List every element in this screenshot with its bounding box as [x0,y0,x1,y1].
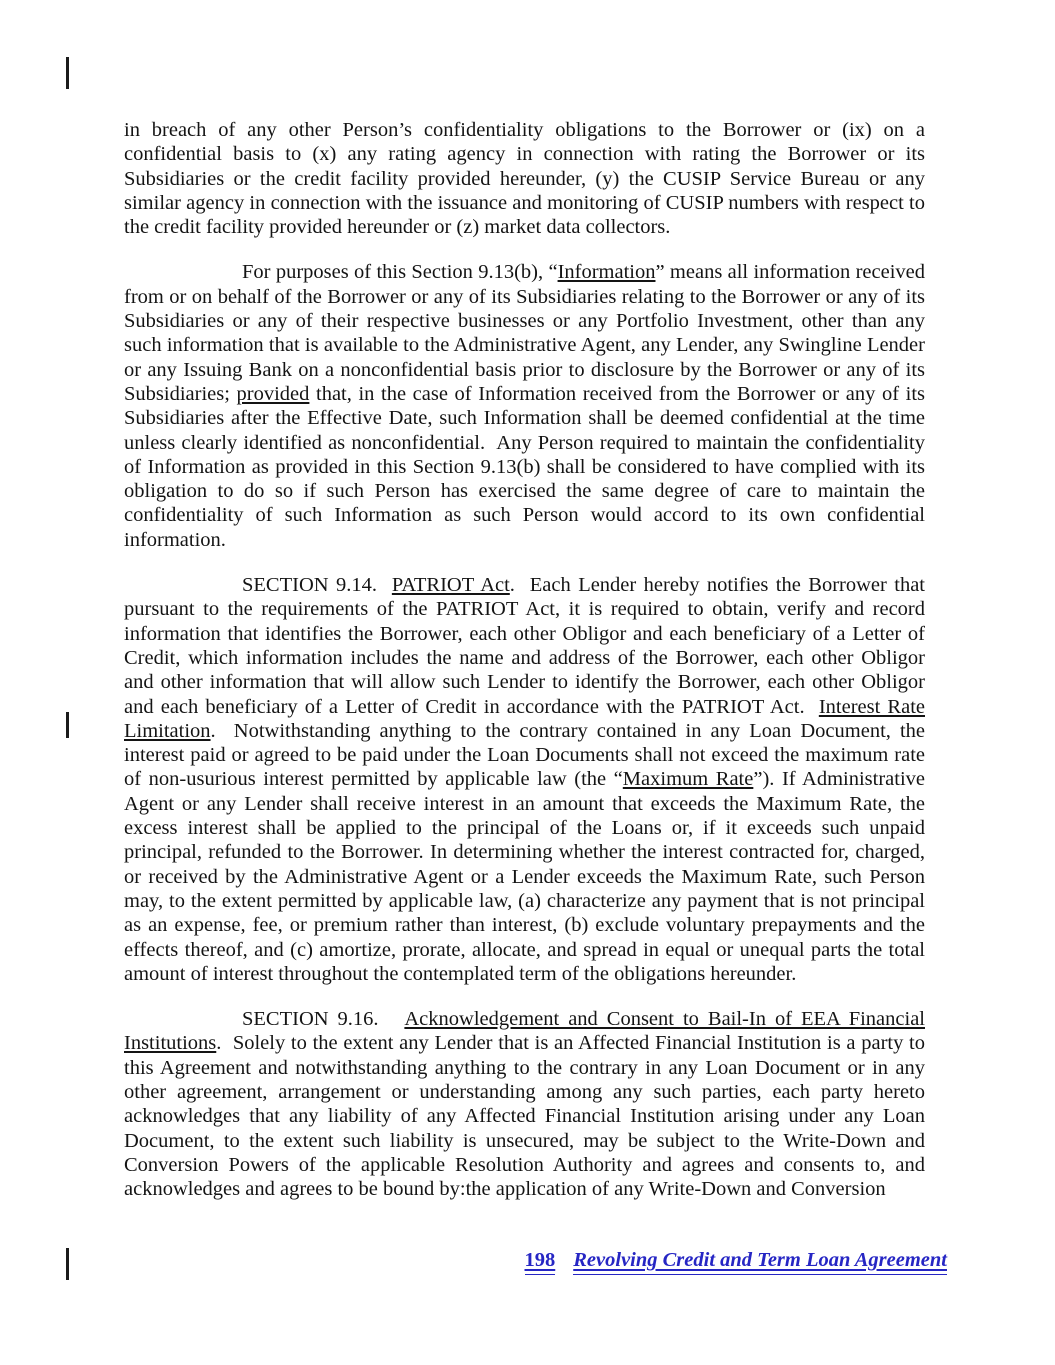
footer-doc-title: Revolving Credit and Term Loan Agreement [573,1249,947,1275]
text-run: SECTION 9.14. [242,574,392,596]
underlined-term: PATRIOT Act [392,574,510,596]
paragraph-confidentiality-continuation: in breach of any other Person’s confiden… [124,118,925,239]
text-run: For purposes of this Section 9.13(b), “ [242,261,558,283]
underlined-term: Information [558,261,656,283]
text-run: ”). If Administrative Agent or any Lende… [124,768,925,984]
text-run: SECTION 9.16. [242,1008,404,1030]
revision-change-bar [66,712,69,738]
text-run: that, in the case of Information receive… [124,383,925,551]
revision-change-bar [66,57,69,89]
paragraph-section-9-16-bail-in: SECTION 9.16. Acknowledgement and Consen… [124,1007,925,1201]
underlined-term: Maximum Rate [623,768,754,790]
paragraph-section-9-14-patriot-act: SECTION 9.14. PATRIOT Act. Each Lender h… [124,573,925,986]
page-number: 198 [525,1249,556,1275]
page-footer: 198Revolving Credit and Term Loan Agreem… [525,1249,948,1275]
text-run: in breach of any other Person’s confiden… [124,119,925,238]
revision-change-bar [66,1248,69,1280]
underlined-term: provided [237,383,310,405]
paragraph-information-definition: For purposes of this Section 9.13(b), “I… [124,260,925,552]
text-run: . Solely to the extent any Lender that i… [124,1032,925,1200]
document-body: in breach of any other Person’s confiden… [124,118,925,1222]
document-page: in breach of any other Person’s confiden… [0,0,1055,1365]
